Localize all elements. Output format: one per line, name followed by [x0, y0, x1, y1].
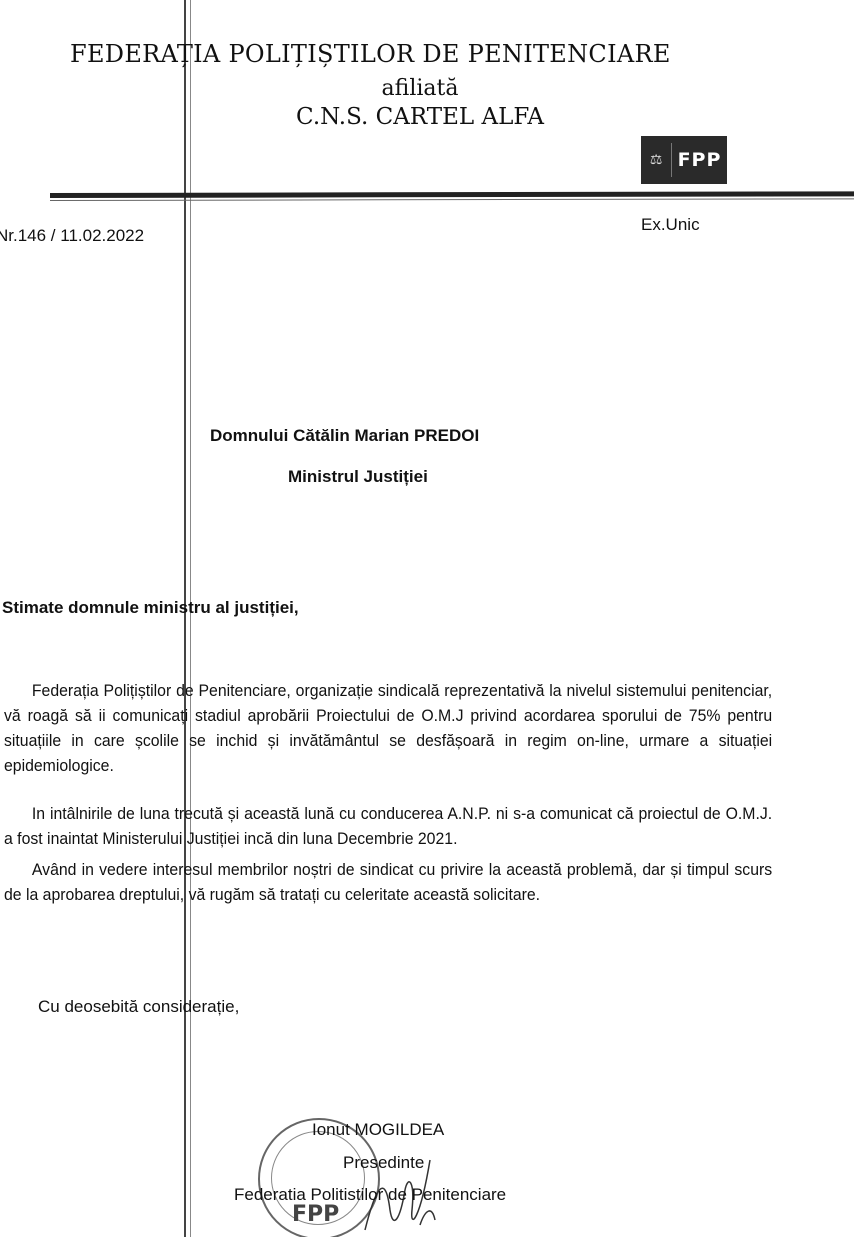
- copy-label: Ex.Unic: [641, 215, 700, 235]
- affiliation-label: afiliată: [30, 76, 810, 101]
- letter-page: FEDERAȚIA POLIȚIȘTILOR DE PENITENCIARE a…: [0, 0, 854, 1237]
- stamp-text: FPP: [292, 1202, 339, 1227]
- salutation: Stimate domnule ministru al justiției,: [2, 598, 299, 618]
- body-paragraph: Având in vedere interesul membrilor noșt…: [4, 857, 772, 907]
- signatory-name: Ionut MOGILDEA: [312, 1120, 444, 1140]
- signatory-organization: Federatia Politistilor de Penitenciare: [234, 1185, 506, 1205]
- scan-artifact-line: [184, 0, 186, 1237]
- closing-line: Cu deosebită considerație,: [38, 997, 239, 1017]
- body-paragraph: In intâlnirile de luna trecută și aceast…: [4, 801, 772, 851]
- scales-of-justice-icon: ⚖: [641, 152, 671, 168]
- header-rule: [50, 191, 854, 198]
- fpp-logo: ⚖ FPP: [641, 136, 727, 184]
- addressee-role: Ministrul Justiției: [288, 467, 428, 487]
- body-paragraph-text: Federația Polițiștilor de Penitenciare, …: [4, 681, 772, 775]
- body-paragraph: Federația Polițiștilor de Penitenciare, …: [4, 678, 772, 778]
- header-rule-thin: [50, 198, 854, 201]
- body-paragraph-text: Având in vedere interesul membrilor noșt…: [4, 860, 772, 904]
- reference-number: Nr.146 / 11.02.2022: [0, 226, 144, 246]
- organization-name: FEDERAȚIA POLIȚIȘTILOR DE PENITENCIARE: [70, 40, 671, 68]
- signatory-title: Presedinte: [343, 1153, 424, 1173]
- addressee-name: Domnului Cătălin Marian PREDOI: [210, 426, 479, 446]
- body-paragraph-text: In intâlnirile de luna trecută și aceast…: [4, 804, 772, 848]
- logo-text: FPP: [672, 149, 727, 171]
- scan-artifact-line: [190, 0, 191, 1237]
- confederation-name: C.N.S. CARTEL ALFA: [30, 104, 810, 130]
